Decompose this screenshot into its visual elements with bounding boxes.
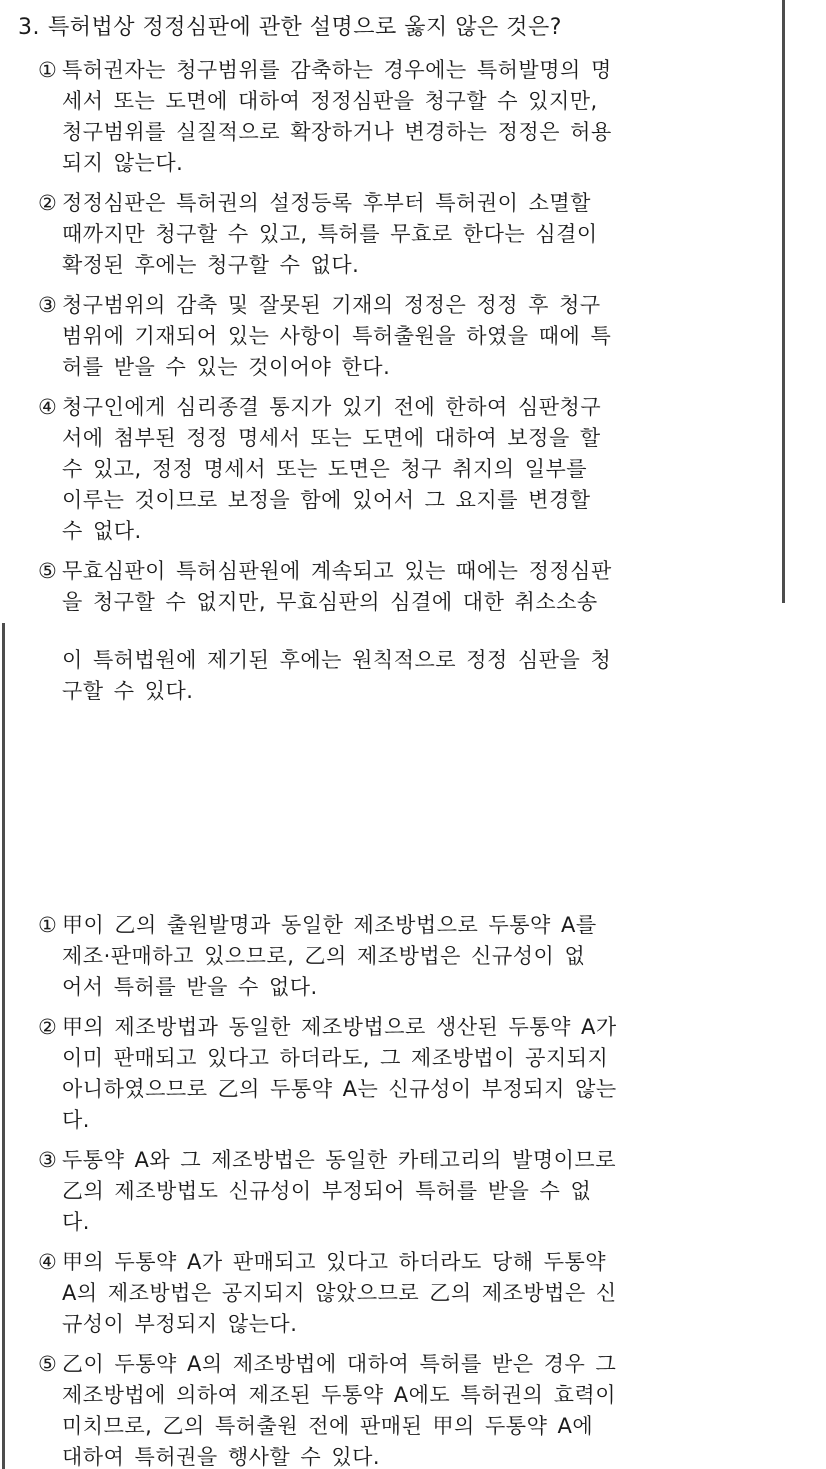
option-3-text: 청구범위의 감축 및 잘못된 기재의 정정은 정정 후 청구 범위에 기재되어 … <box>62 290 774 383</box>
next-q-option-2: ② 甲의 제조방법과 동일한 제조방법으로 생산된 두통약 A가 이미 판매되고… <box>38 1012 774 1136</box>
next-q-option-5-text: 乙이 두통약 A의 제조방법에 대하여 특허를 받은 경우 그 제조방법에 의하… <box>62 1349 774 1469</box>
next-q-option-2-text: 甲의 제조방법과 동일한 제조방법으로 생산된 두통약 A가 이미 판매되고 있… <box>62 1012 774 1136</box>
next-q-option-3-marker: ③ <box>38 1145 62 1176</box>
next-q-option-1-marker: ① <box>38 910 62 941</box>
q3-option-5-continuation: 이 특허법원에 제기된 후에는 원칙적으로 정정 심판을 청 구할 수 있다. <box>62 645 774 707</box>
next-q-option-1-text: 甲이 乙의 출원발명과 동일한 제조방법으로 두통약 A를 제조·판매하고 있으… <box>62 910 774 1003</box>
option-2-marker: ② <box>38 188 62 219</box>
q3-option-5: ⑤ 무효심판이 특허심판원에 계속되고 있는 때에는 정정심판 을 청구할 수 … <box>38 556 774 618</box>
question-title: 특허법상 정정심판에 관한 설명으로 옳지 않은 것은? <box>48 12 774 44</box>
question-3: 3. 특허법상 정정심판에 관한 설명으로 옳지 않은 것은? ① 특허권자는 … <box>18 12 774 618</box>
exam-document-page: 3. 특허법상 정정심판에 관한 설명으로 옳지 않은 것은? ① 특허권자는 … <box>0 0 826 1469</box>
option-4-text: 청구인에게 심리종결 통지가 있기 전에 한하여 심판청구 서에 첨부된 정정 … <box>62 392 774 547</box>
q3-option-1: ① 특허권자는 청구범위를 감축하는 경우에는 특허발명의 명 세서 또는 도면… <box>38 55 774 179</box>
next-q-option-1: ① 甲이 乙의 출원발명과 동일한 제조방법으로 두통약 A를 제조·판매하고 … <box>38 910 774 1003</box>
option-5-text: 무효심판이 특허심판원에 계속되고 있는 때에는 정정심판 을 청구할 수 없지… <box>62 556 774 618</box>
question-number: 3. <box>18 12 48 44</box>
next-q-option-4-marker: ④ <box>38 1247 62 1278</box>
next-q-option-2-marker: ② <box>38 1012 62 1043</box>
option-2-text: 정정심판은 특허권의 설정등록 후부터 특허권이 소멸할 때까지만 청구할 수 … <box>62 188 774 281</box>
q3-option-3: ③ 청구범위의 감축 및 잘못된 기재의 정정은 정정 후 청구 범위에 기재되… <box>38 290 774 383</box>
option-1-marker: ① <box>38 55 62 86</box>
question-3-options: ① 특허권자는 청구범위를 감축하는 경우에는 특허발명의 명 세서 또는 도면… <box>38 55 774 618</box>
option-3-marker: ③ <box>38 290 62 321</box>
next-q-option-3: ③ 두통약 A와 그 제조방법은 동일한 카테고리의 발명이므로 乙의 제조방법… <box>38 1145 774 1238</box>
next-q-option-5-marker: ⑤ <box>38 1349 62 1380</box>
option-1-text: 특허권자는 청구범위를 감축하는 경우에는 특허발명의 명 세서 또는 도면에 … <box>62 55 774 179</box>
option-4-marker: ④ <box>38 392 62 423</box>
option-5-marker: ⑤ <box>38 556 62 587</box>
next-q-option-4: ④ 甲의 두통약 A가 판매되고 있다고 하더라도 당해 두통약 A의 제조방법… <box>38 1247 774 1340</box>
column-divider-right <box>782 0 785 603</box>
next-q-option-3-text: 두통약 A와 그 제조방법은 동일한 카테고리의 발명이므로 乙의 제조방법도 … <box>62 1145 774 1238</box>
q3-option-2: ② 정정심판은 특허권의 설정등록 후부터 특허권이 소멸할 때까지만 청구할 … <box>38 188 774 281</box>
next-question-options: ① 甲이 乙의 출원발명과 동일한 제조방법으로 두통약 A를 제조·판매하고 … <box>38 910 774 1469</box>
q3-option-4: ④ 청구인에게 심리종결 통지가 있기 전에 한하여 심판청구 서에 첨부된 정… <box>38 392 774 547</box>
next-q-option-4-text: 甲의 두통약 A가 판매되고 있다고 하더라도 당해 두통약 A의 제조방법은 … <box>62 1247 774 1340</box>
column-divider-left <box>2 623 5 1469</box>
question-3-header: 3. 특허법상 정정심판에 관한 설명으로 옳지 않은 것은? <box>18 12 774 44</box>
next-q-option-5: ⑤ 乙이 두통약 A의 제조방법에 대하여 특허를 받은 경우 그 제조방법에 … <box>38 1349 774 1469</box>
